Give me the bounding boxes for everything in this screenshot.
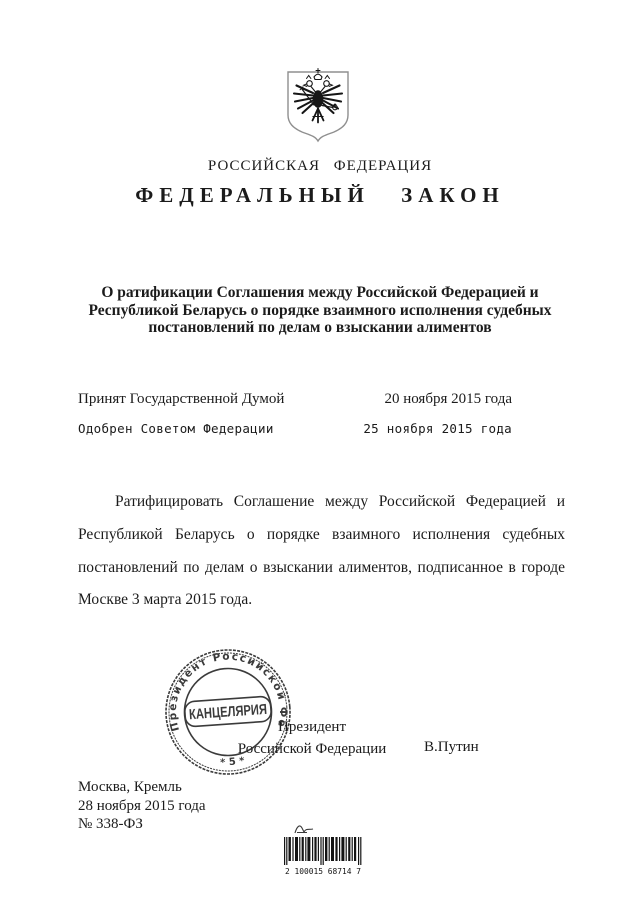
- law-body-line: Москве 3 марта 2015 года.: [78, 584, 565, 617]
- stamp-center-text: КАНЦЕЛЯРИЯ: [189, 702, 268, 723]
- law-body-line: Ратифицировать Соглашение между Российск…: [78, 486, 565, 519]
- barcode: 2 100015 68714 7: [283, 819, 363, 877]
- paraph-mark-icon: [295, 826, 313, 833]
- country-name: РОССИЙСКАЯ ФЕДЕРАЦИЯ: [0, 158, 640, 175]
- chancellery-stamp: Президент Российской Федерации * 5 * КАН…: [162, 646, 294, 778]
- svg-text:Президент Российской Федерации: Президент Российской Федерации: [162, 646, 291, 741]
- law-document-page: РОССИЙСКАЯ ФЕДЕРАЦИЯ ФЕДЕРАЛЬНЫЙ ЗАКОН О…: [0, 0, 640, 905]
- coat-of-arms-icon: [284, 64, 352, 144]
- document-type-title: ФЕДЕРАЛЬНЫЙ ЗАКОН: [0, 183, 640, 208]
- approved-by-council-label: Одобрен Советом Федерации: [78, 421, 274, 436]
- law-title: О ратификации Соглашения между Российско…: [70, 284, 570, 337]
- law-number: № 338-ФЗ: [78, 815, 206, 834]
- barcode-bars: [284, 837, 361, 865]
- stamp-number: * 5 *: [220, 756, 246, 769]
- adoption-block: Принят Государственной Думой 20 ноября 2…: [78, 391, 512, 436]
- law-title-line: О ратификации Соглашения между Российско…: [70, 284, 570, 302]
- adopted-by-duma-row: Принят Государственной Думой 20 ноября 2…: [78, 391, 512, 408]
- signing-place: Москва, Кремль: [78, 778, 206, 797]
- approved-by-council-date: 25 ноября 2015 года: [363, 421, 512, 436]
- barcode-digits: 2 100015 68714 7: [285, 867, 361, 876]
- law-title-line: постановлений по делам о взыскании алиме…: [70, 319, 570, 337]
- law-title-line: Республикой Беларусь о порядке взаимного…: [70, 302, 570, 320]
- law-body-paragraph: Ратифицировать Соглашение между Российск…: [78, 486, 565, 617]
- law-body-line: постановлений по делам о взыскании алиме…: [78, 552, 565, 585]
- stamp-ring-text: Президент Российской Федерации: [162, 646, 291, 741]
- adopted-by-duma-label: Принят Государственной Думой: [78, 391, 284, 408]
- president-name: В.Путин: [424, 739, 479, 756]
- approved-by-council-row: Одобрен Советом Федерации 25 ноября 2015…: [78, 421, 512, 436]
- adopted-by-duma-date: 20 ноября 2015 года: [384, 391, 512, 408]
- law-body-line: Республикой Беларусь о порядке взаимного…: [78, 519, 565, 552]
- signing-date: 28 ноября 2015 года: [78, 797, 206, 816]
- signing-details: Москва, Кремль 28 ноября 2015 года № 338…: [78, 778, 206, 834]
- double-headed-eagle: [294, 69, 342, 123]
